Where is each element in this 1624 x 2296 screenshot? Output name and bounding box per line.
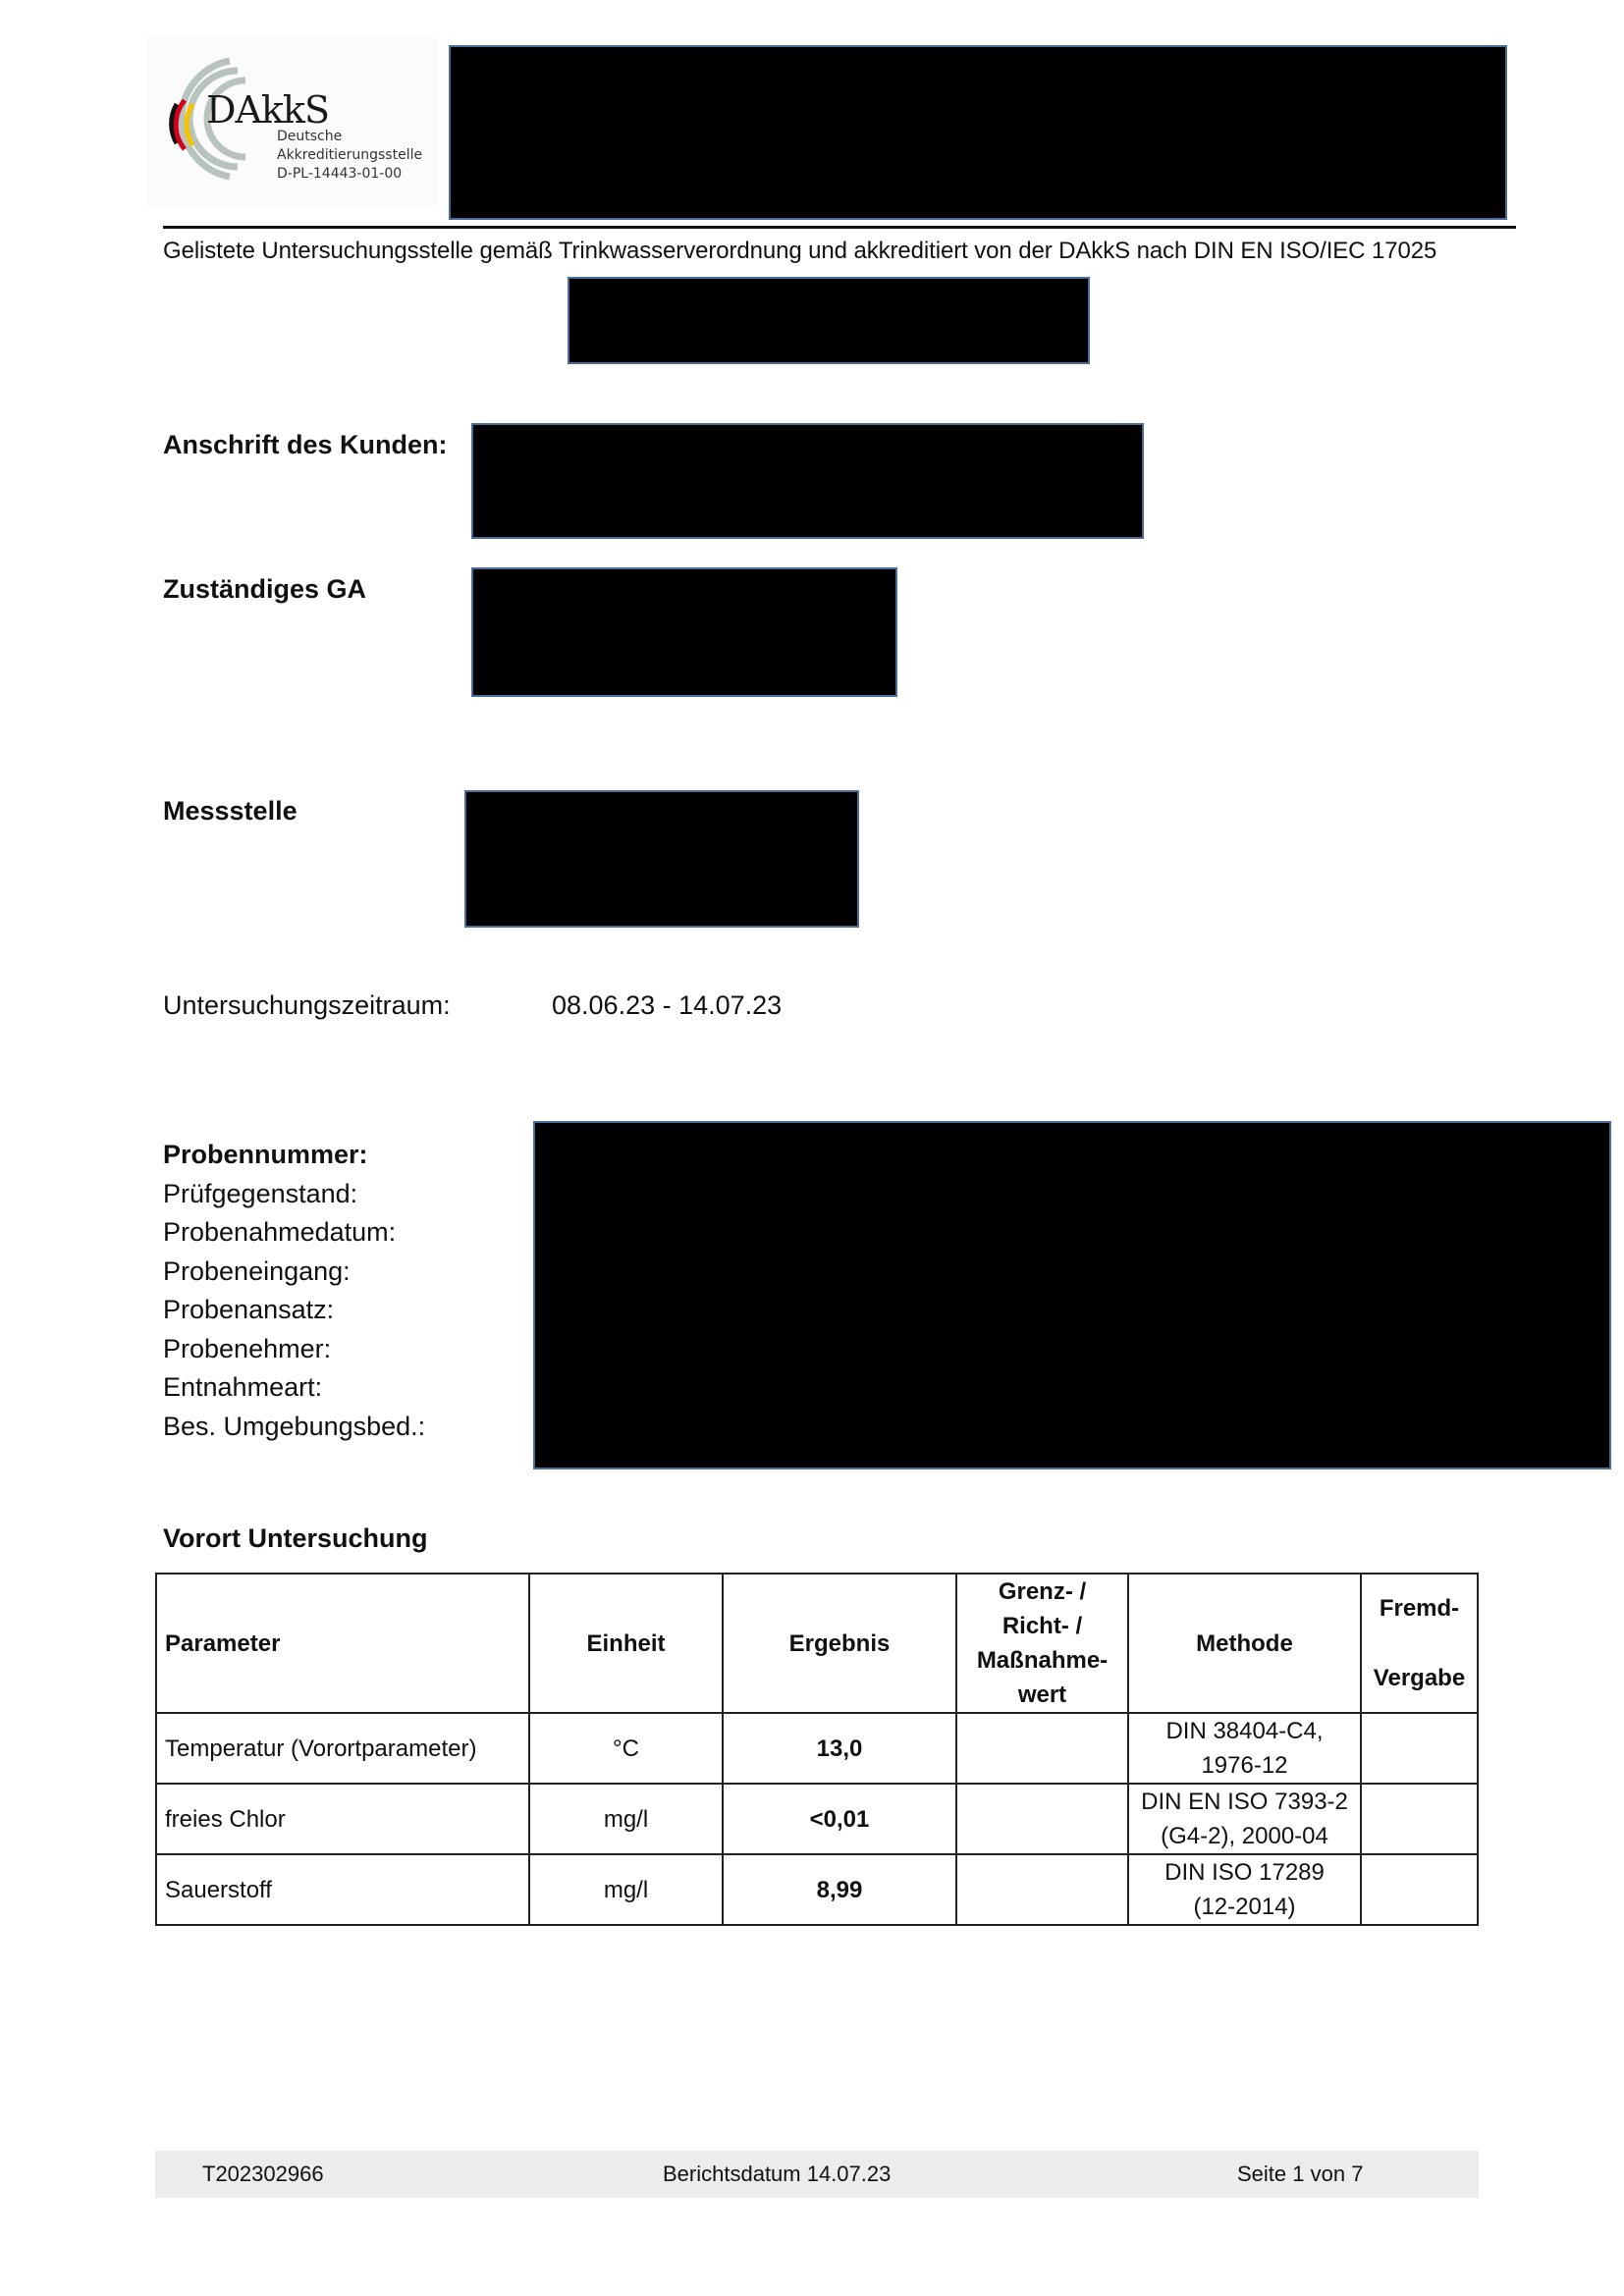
- cell-parameter: freies Chlor: [156, 1784, 529, 1854]
- header-external-line: Vergabe: [1370, 1661, 1469, 1695]
- accreditation-statement: Gelistete Untersuchungsstelle gemäß Trin…: [163, 238, 1436, 265]
- header-divider: [163, 226, 1516, 229]
- cell-result: 13,0: [723, 1713, 956, 1784]
- sample-label-receipt: Probeneingang:: [163, 1253, 425, 1292]
- header-external: Fremd- Vergabe: [1361, 1574, 1478, 1713]
- logo-line-3: D-PL-14443-01-00: [277, 165, 402, 184]
- sample-label-date: Probenahmedatum:: [163, 1213, 425, 1253]
- cell-parameter: Sauerstoff: [156, 1854, 529, 1925]
- sample-label-preparation: Probenansatz:: [163, 1291, 425, 1330]
- table-row: Temperatur (Vorortparameter) °C 13,0 DIN…: [156, 1713, 1478, 1784]
- cell-method: DIN EN ISO 7393-2 (G4-2), 2000-04: [1128, 1784, 1361, 1854]
- cell-external: [1361, 1713, 1478, 1784]
- table-header-row: Parameter Einheit Ergebnis Grenz- / Rich…: [156, 1574, 1478, 1713]
- footer-report-id: T202302966: [202, 2162, 324, 2187]
- period-value: 08.06.23 - 14.07.23: [552, 990, 782, 1021]
- logo-line-1: Deutsche: [277, 128, 342, 146]
- header-limit: Grenz- / Richt- / Maßnahme- wert: [956, 1574, 1128, 1713]
- sample-label-conditions: Bes. Umgebungsbed.:: [163, 1408, 425, 1447]
- page-footer: T202302966 Berichtsdatum 14.07.23 Seite …: [155, 2151, 1479, 2198]
- cell-method: DIN 38404-C4, 1976-12: [1128, 1713, 1361, 1784]
- header-limit-line: Richt- /: [965, 1609, 1119, 1643]
- measuring-point-label: Messstelle: [163, 796, 298, 827]
- redacted-health-office: [471, 567, 897, 697]
- method-line: DIN EN ISO 7393-2: [1137, 1785, 1352, 1819]
- cell-external: [1361, 1784, 1478, 1854]
- cell-limit: [956, 1854, 1128, 1925]
- footer-page-number: Seite 1 von 7: [1237, 2162, 1363, 2187]
- method-line: DIN ISO 17289: [1137, 1855, 1352, 1890]
- redacted-lab-header: [449, 45, 1507, 220]
- sample-label-sampler: Probenehmer:: [163, 1330, 425, 1369]
- footer-report-date: Berichtsdatum 14.07.23: [663, 2162, 891, 2187]
- health-office-label: Zuständiges GA: [163, 574, 366, 605]
- cell-limit: [956, 1784, 1128, 1854]
- cell-method: DIN ISO 17289 (12-2014): [1128, 1854, 1361, 1925]
- sample-info-labels: Probennummer: Prüfgegenstand: Probenahme…: [163, 1136, 425, 1446]
- period-label: Untersuchungszeitraum:: [163, 990, 451, 1021]
- onsite-section-title: Vorort Untersuchung: [163, 1523, 428, 1554]
- method-line: 1976-12: [1137, 1748, 1352, 1783]
- header-external-line: Fremd-: [1370, 1591, 1469, 1626]
- customer-address-label: Anschrift des Kunden:: [163, 430, 448, 460]
- header-parameter: Parameter: [156, 1574, 529, 1713]
- cell-external: [1361, 1854, 1478, 1925]
- redacted-measuring-point: [464, 790, 859, 928]
- method-line: (12-2014): [1137, 1890, 1352, 1924]
- method-line: (G4-2), 2000-04: [1137, 1819, 1352, 1853]
- cell-result: 8,99: [723, 1854, 956, 1925]
- header-limit-line: Maßnahme-: [965, 1643, 1119, 1678]
- header-limit-line: wert: [965, 1678, 1119, 1712]
- logo-brand: DAkkS: [206, 88, 329, 132]
- cell-unit: mg/l: [529, 1854, 723, 1925]
- redacted-sample-info: [533, 1121, 1611, 1469]
- sample-label-number: Probennummer:: [163, 1136, 425, 1175]
- header-limit-line: Grenz- /: [965, 1575, 1119, 1609]
- cell-unit: °C: [529, 1713, 723, 1784]
- table-row: Sauerstoff mg/l 8,99 DIN ISO 17289 (12-2…: [156, 1854, 1478, 1925]
- cell-result: <0,01: [723, 1784, 956, 1854]
- redacted-report-title: [568, 277, 1090, 364]
- cell-unit: mg/l: [529, 1784, 723, 1854]
- onsite-results-table: Parameter Einheit Ergebnis Grenz- / Rich…: [155, 1573, 1479, 1926]
- header-unit: Einheit: [529, 1574, 723, 1713]
- table-row: freies Chlor mg/l <0,01 DIN EN ISO 7393-…: [156, 1784, 1478, 1854]
- logo-line-2: Akkreditierungsstelle: [277, 146, 422, 165]
- method-line: DIN 38404-C4,: [1137, 1714, 1352, 1748]
- header-method: Methode: [1128, 1574, 1361, 1713]
- redacted-customer-address: [471, 423, 1144, 539]
- dakks-logo: DAkkS Deutsche Akkreditierungsstelle D-P…: [147, 37, 438, 206]
- cell-parameter: Temperatur (Vorortparameter): [156, 1713, 529, 1784]
- sample-label-object: Prüfgegenstand:: [163, 1175, 425, 1214]
- cell-limit: [956, 1713, 1128, 1784]
- header-result: Ergebnis: [723, 1574, 956, 1713]
- sample-label-method: Entnahmeart:: [163, 1368, 425, 1408]
